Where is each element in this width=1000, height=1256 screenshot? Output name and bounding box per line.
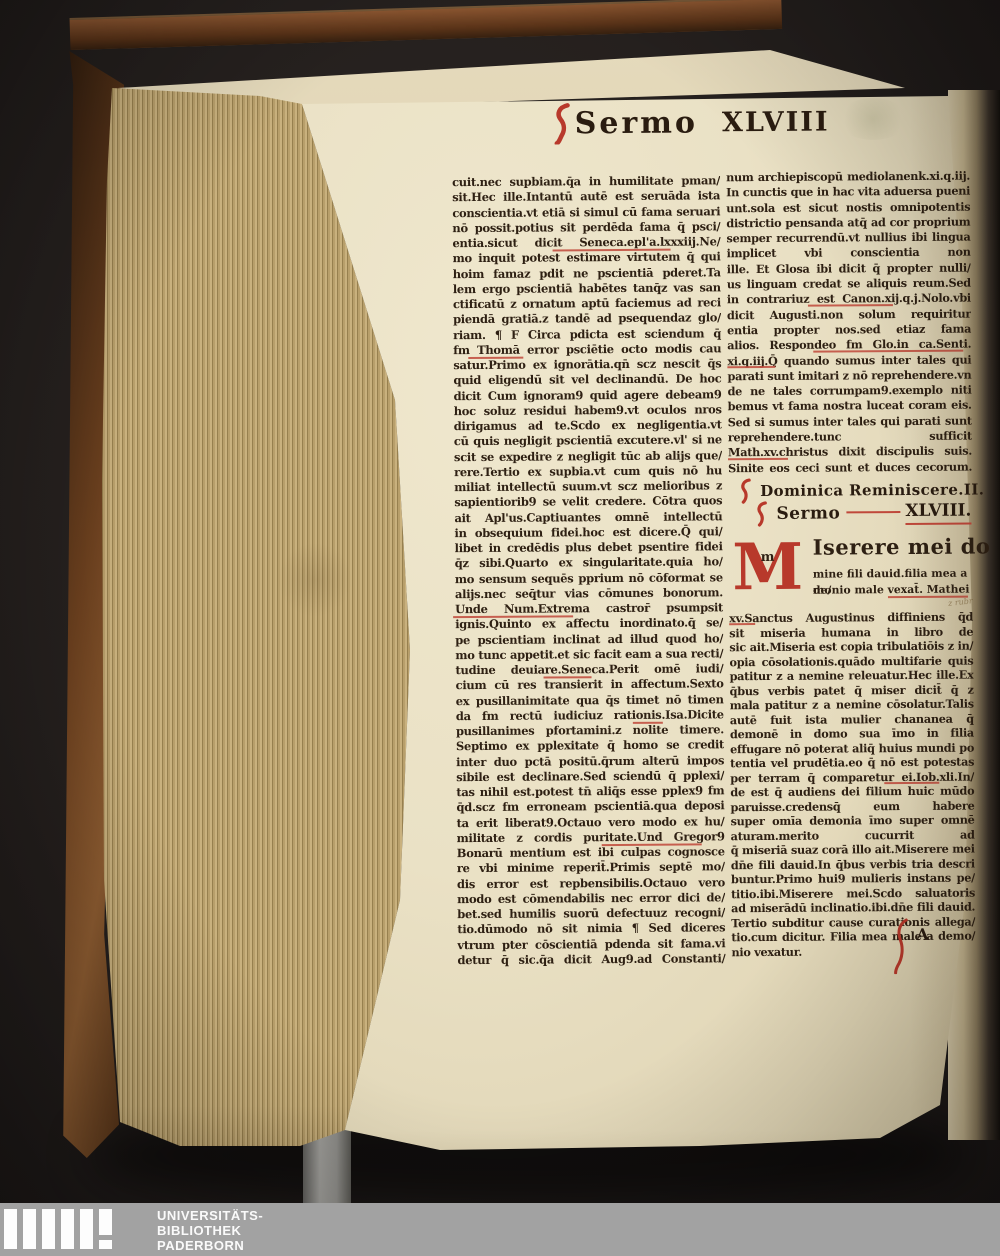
text-line: In cunctis que in hac vita aduersa pueni	[726, 184, 970, 201]
text-line: piendā gratiā.z tandē ad psequendaz glo/	[453, 311, 721, 328]
text-line: mo sensum sequēs pprium nō cōformat se	[455, 570, 723, 587]
rubric-underline	[728, 458, 788, 460]
text-line: reprehendere.tunc sufficit cōscientia.Vn…	[728, 429, 972, 446]
section-heading-text: Dominica Reminiscere.II.	[760, 480, 984, 500]
text-line: q̄d.scz fm erroneam pscientiā.qua deposi	[456, 799, 724, 816]
text-line: dicit Cum ignoram9 quid agere debeam9	[454, 387, 722, 404]
text-line: bemus vt fama nostra luceat coram eis.	[728, 398, 972, 415]
text-line: sapientiorib9 se velit credere. Cōtra qu…	[454, 494, 722, 511]
rubric-underline	[633, 722, 663, 724]
text-line: mine fili dauid.filia mea a de/	[813, 566, 973, 583]
text-line: num archiepiscopū mediolanenk.xi.q.iij.	[726, 169, 970, 186]
rubric-paraph-icon	[892, 918, 912, 974]
text-line: ait Apl'us.Captiuantes omnē intellectū	[454, 509, 722, 526]
text-line: demonē in domo sua īmo in filia sua.quē	[730, 726, 974, 742]
library-name-line: BIBLIOTHEK	[157, 1223, 263, 1238]
text-line: patitur z a nemine releuatur.Hec ille.Ex	[729, 668, 973, 684]
logo-bar	[4, 1209, 17, 1249]
logo-bar	[80, 1209, 93, 1249]
running-title-number: XLVIII	[722, 106, 830, 138]
text-line: Sinite eos ceci sunt et duces cecorum.	[728, 459, 972, 476]
text-line: districtio pensanda atq̄ ad cor proprium	[726, 214, 970, 231]
text-line: buntur.Primo hui9 mulieris instans pe/	[731, 871, 975, 887]
text-line: tentia vel prudētia.eo q̄ nō est potesta…	[730, 755, 974, 771]
text-line: semper recurrendū.vt nullius ibi lingua	[726, 230, 970, 247]
text-line: riam. ¶ F Circa pdicta est sciendum q̄	[453, 326, 721, 343]
rubric-paraph-icon	[739, 478, 752, 504]
rubric-underline	[468, 357, 523, 359]
text-line: entia propter nos.sed etiaz fama propter	[727, 322, 971, 339]
text-line: inter duo pctā positū.q̄rum alterū impos	[456, 753, 724, 770]
text-line: cium cū res transierit in affectum.Sexto	[456, 677, 724, 694]
text-line: dicit Augusti.non solum requiritur cōsci…	[727, 306, 971, 323]
text-line: super omīa demonia īmo super omnē cre	[730, 813, 974, 829]
initial-guide-letter: m	[761, 551, 775, 564]
signature-letter: A	[916, 925, 929, 944]
text-line: mala patitur z a nemine cōsolatur.Talis	[730, 697, 974, 713]
text-line: us linguam credat se aliquis reum.Sed	[727, 276, 971, 293]
text-line: parati sunt imitari z nō reprehendere.vn	[727, 367, 971, 384]
section-sermo-number: XLVIII.	[905, 501, 971, 525]
rubric-underline	[846, 510, 900, 513]
text-line: scit se expedire z negligit tūc ab alijs…	[454, 448, 722, 465]
text-line: ignis.Quinto ex affectu inordinato.q̄ se…	[455, 616, 723, 633]
text-line: q̄z sibi.Quarto ex singularitate.quia ho…	[455, 555, 723, 572]
text-line: xv.Sanctus Augustinus diffiniens q̄d	[729, 610, 973, 626]
quire-signature: A	[892, 918, 952, 978]
rubric-paraph-icon	[755, 501, 768, 527]
section-sermo-label: Sermo	[776, 503, 840, 523]
incipit-large-text: Iserere mei do	[813, 534, 973, 561]
rubric-underline	[727, 366, 775, 368]
text-line: mo inquit potest estimare virtutem q̄ qu…	[453, 250, 721, 267]
text-line: tio.dūmodo nō sit nimia ¶ Sed diceres	[457, 921, 725, 938]
text-line: de est q̄ audiens dei filium huic mūdo a…	[730, 784, 974, 800]
logo-bar	[23, 1209, 36, 1249]
library-name-line: PADERBORN	[157, 1238, 263, 1253]
section-heading-sermo: Sermo XLVIII.	[755, 500, 971, 528]
text-line: Septimo ex pplexitate q̄ homo se credit	[456, 738, 724, 755]
text-line: detur q̄ sic.q̄a dicit Aug9.ad Constanti…	[457, 951, 725, 968]
text-line: de ne tales corrumpam9.exemplo niti de	[727, 383, 971, 400]
right-text-column-top: num archiepiscopū mediolanenk.xi.q.iij.I…	[726, 169, 972, 477]
incipit-indent-lines: mine fili dauid.filia mea a de/monio mal…	[813, 566, 973, 598]
logo-exclamation-bar	[99, 1209, 112, 1249]
text-line: sit.Hec ille.Intantū autē est seruāda is…	[452, 189, 720, 206]
text-line: hoim famaz pdit ne pscientiā pderet.Ta	[453, 265, 721, 282]
text-line: Sed si sumus inter tales qui parati sunt	[728, 413, 972, 430]
text-line: ad miserādū inclinatio.ibi.dn̄e fili dau…	[731, 900, 975, 916]
rubric-underline	[544, 676, 592, 678]
left-text-column: cuit.nec supbiam.q̄a in humilitate pman/…	[452, 173, 726, 968]
right-text-column-section: xv.Sanctus Augustinus diffiniens q̄dsit …	[729, 610, 975, 960]
lombardic-initial: M m	[729, 529, 808, 612]
printed-page-content: Sermo XLVIII cuit.nec supbiam.q̄a in hum…	[0, 0, 1000, 1256]
rubric-underline	[729, 623, 755, 625]
library-logo-icon	[4, 1209, 112, 1249]
text-line: re vbi minime reperit̄.Primis septē mo/	[457, 860, 725, 877]
text-line: dis error est repbensibilis.Octauo vero	[457, 875, 725, 892]
text-line: ille. Et Glosa ibi dicit q̄ propter null…	[727, 260, 971, 277]
library-name: UNIVERSITÄTS- BIBLIOTHEK PADERBORN	[157, 1208, 263, 1253]
sermon-incipit-block: M m Iserere mei do mine fili dauid.filia…	[729, 534, 974, 612]
text-line: ex pusillanimitate qua q̄s timet nō time…	[456, 692, 724, 709]
watermark-band: UNIVERSITÄTS- BIBLIOTHEK PADERBORN	[0, 1203, 1000, 1256]
logo-bar	[61, 1209, 74, 1249]
rubric-paraph-icon	[553, 102, 573, 144]
text-line: ta erit liberat9.Octauo vero modo ex hu/	[457, 814, 725, 831]
text-line: implicet vbi conscientia non accusat.Hec	[727, 245, 971, 262]
rubric-underline	[884, 782, 939, 784]
text-line: cū quis negligit pscientiā excutere.vl' …	[454, 433, 722, 450]
running-title: Sermo XLVIII	[553, 99, 830, 147]
text-line: vtrum pter cōscientiā pdenda sit fama.vi	[457, 936, 725, 953]
text-line: conscientia.vt etiā si simul cū fama ser…	[452, 204, 720, 221]
library-name-line: UNIVERSITÄTS-	[157, 1208, 263, 1223]
text-line: unt.sola est sicut nostis omnipotentis d…	[726, 199, 970, 216]
text-line: pe pscientiam inclinat ad illud quod ho/	[455, 631, 723, 648]
running-title-label: Sermo	[575, 105, 699, 141]
logo-bar	[42, 1209, 55, 1249]
photographed-book-page: Sermo XLVIII cuit.nec supbiam.q̄a in hum…	[0, 0, 1000, 1256]
text-line: sic ait.Miseria est copia tribulatiōis z…	[729, 639, 973, 655]
text-line: quid eligendū sit vel declinandū. De hoc	[453, 372, 721, 389]
text-line: q̄ miseriā suaz corā illo ait.Miserere m…	[731, 842, 975, 858]
